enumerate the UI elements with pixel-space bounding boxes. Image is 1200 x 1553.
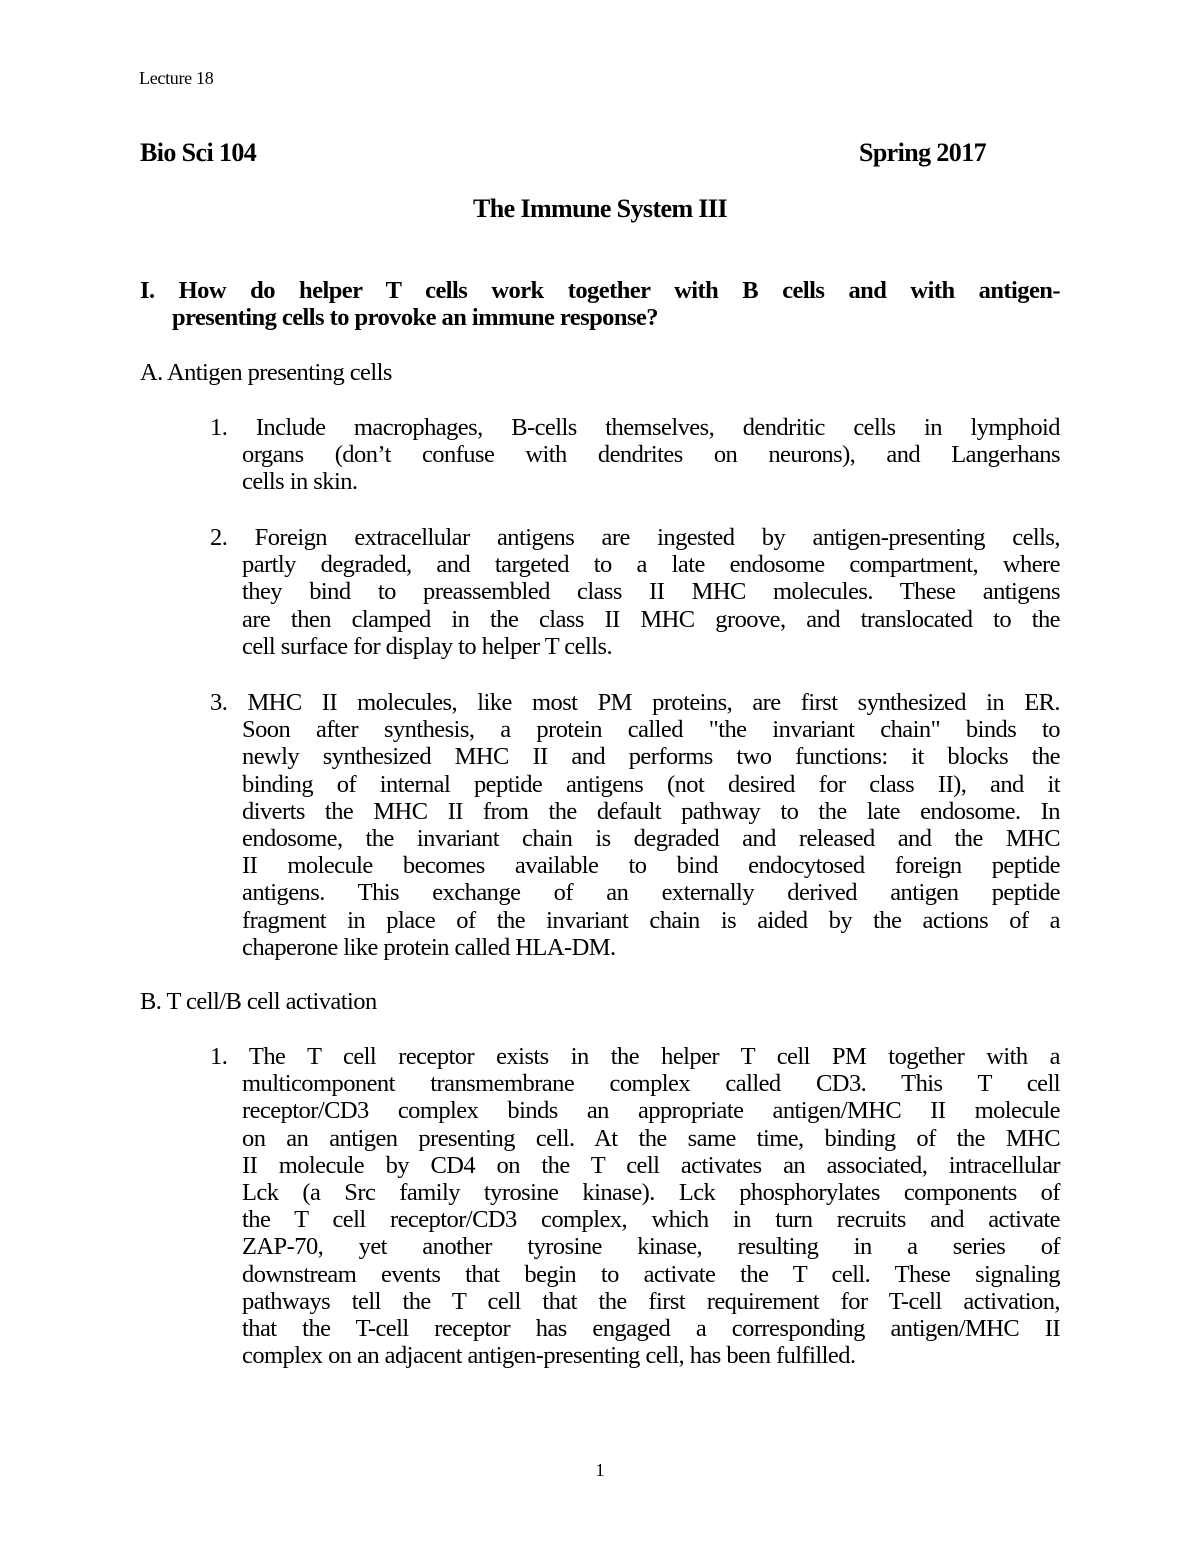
list-item-b1: 1. The T cell receptor exists in the hel…	[210, 1043, 1060, 1369]
section-i-heading-line: I. How do helper T cells work together w…	[140, 277, 1060, 304]
list-item-line: are then clamped in the class II MHC gro…	[210, 606, 1060, 633]
list-item-line: partly degraded, and targeted to a late …	[210, 551, 1060, 578]
document-page: Lecture 18 Bio Sci 104 Spring 2017 The I…	[0, 0, 1200, 1553]
list-item-line: endosome, the invariant chain is degrade…	[210, 825, 1060, 852]
subsection-b-heading-text: B. T cell/B cell activation	[140, 988, 1060, 1015]
list-item-a1: 1. Include macrophages, B-cells themselv…	[210, 414, 1060, 496]
list-item-a2: 2. Foreign extracellular antigens are in…	[210, 524, 1060, 660]
subsection-a-heading: A. Antigen presenting cells	[140, 359, 1060, 386]
list-item-line: that the T-cell receptor has engaged a c…	[210, 1315, 1060, 1342]
list-item-line: receptor/CD3 complex binds an appropriat…	[210, 1097, 1060, 1124]
list-item-line: 1. The T cell receptor exists in the hel…	[210, 1043, 1060, 1070]
page-number: 1	[0, 1460, 1200, 1481]
list-item-line: organs (don’t confuse with dendrites on …	[210, 441, 1060, 468]
course-name: Bio Sci 104	[140, 138, 256, 168]
term-label: Spring 2017	[859, 138, 986, 168]
list-item-line: antigens. This exchange of an externally…	[210, 879, 1060, 906]
document-title-text: The Immune System III	[473, 194, 727, 223]
list-item-line: fragment in place of the invariant chain…	[210, 907, 1060, 934]
list-item-line: 2. Foreign extracellular antigens are in…	[210, 524, 1060, 551]
list-item-line: the T cell receptor/CD3 complex, which i…	[210, 1206, 1060, 1233]
list-item-line: Lck (a Src family tyrosine kinase). Lck …	[210, 1179, 1060, 1206]
list-item-line: 1. Include macrophages, B-cells themselv…	[210, 414, 1060, 441]
list-item-line: II molecule becomes available to bind en…	[210, 852, 1060, 879]
subsection-a-heading-text: A. Antigen presenting cells	[140, 359, 1060, 386]
subsection-b-heading: B. T cell/B cell activation	[140, 988, 1060, 1015]
list-item-line: complex on an adjacent antigen-presentin…	[210, 1342, 1060, 1369]
list-item-line: Soon after synthesis, a protein called "…	[210, 716, 1060, 743]
list-item-line: cells in skin.	[210, 468, 1060, 495]
list-item-line: pathways tell the T cell that the first …	[210, 1288, 1060, 1315]
list-item-line: diverts the MHC II from the default path…	[210, 798, 1060, 825]
list-item-line: they bind to preassembled class II MHC m…	[210, 578, 1060, 605]
list-item-line: downstream events that begin to activate…	[210, 1261, 1060, 1288]
document-title: The Immune System III	[0, 194, 1200, 224]
list-item-line: newly synthesized MHC II and performs tw…	[210, 743, 1060, 770]
list-item-line: on an antigen presenting cell. At the sa…	[210, 1125, 1060, 1152]
list-item-line: II molecule by CD4 on the T cell activat…	[210, 1152, 1060, 1179]
list-item-line: multicomponent transmembrane complex cal…	[210, 1070, 1060, 1097]
running-header: Lecture 18	[139, 68, 213, 89]
list-item-a3: 3. MHC II molecules, like most PM protei…	[210, 689, 1060, 961]
list-item-line: 3. MHC II molecules, like most PM protei…	[210, 689, 1060, 716]
section-i-heading: I. How do helper T cells work together w…	[140, 277, 1060, 331]
list-item-line: binding of internal peptide antigens (no…	[210, 771, 1060, 798]
list-item-line: ZAP-70, yet another tyrosine kinase, res…	[210, 1233, 1060, 1260]
list-item-line: chaperone like protein called HLA-DM.	[210, 934, 1060, 961]
section-i-heading-line: presenting cells to provoke an immune re…	[140, 304, 1060, 331]
list-item-line: cell surface for display to helper T cel…	[210, 633, 1060, 660]
